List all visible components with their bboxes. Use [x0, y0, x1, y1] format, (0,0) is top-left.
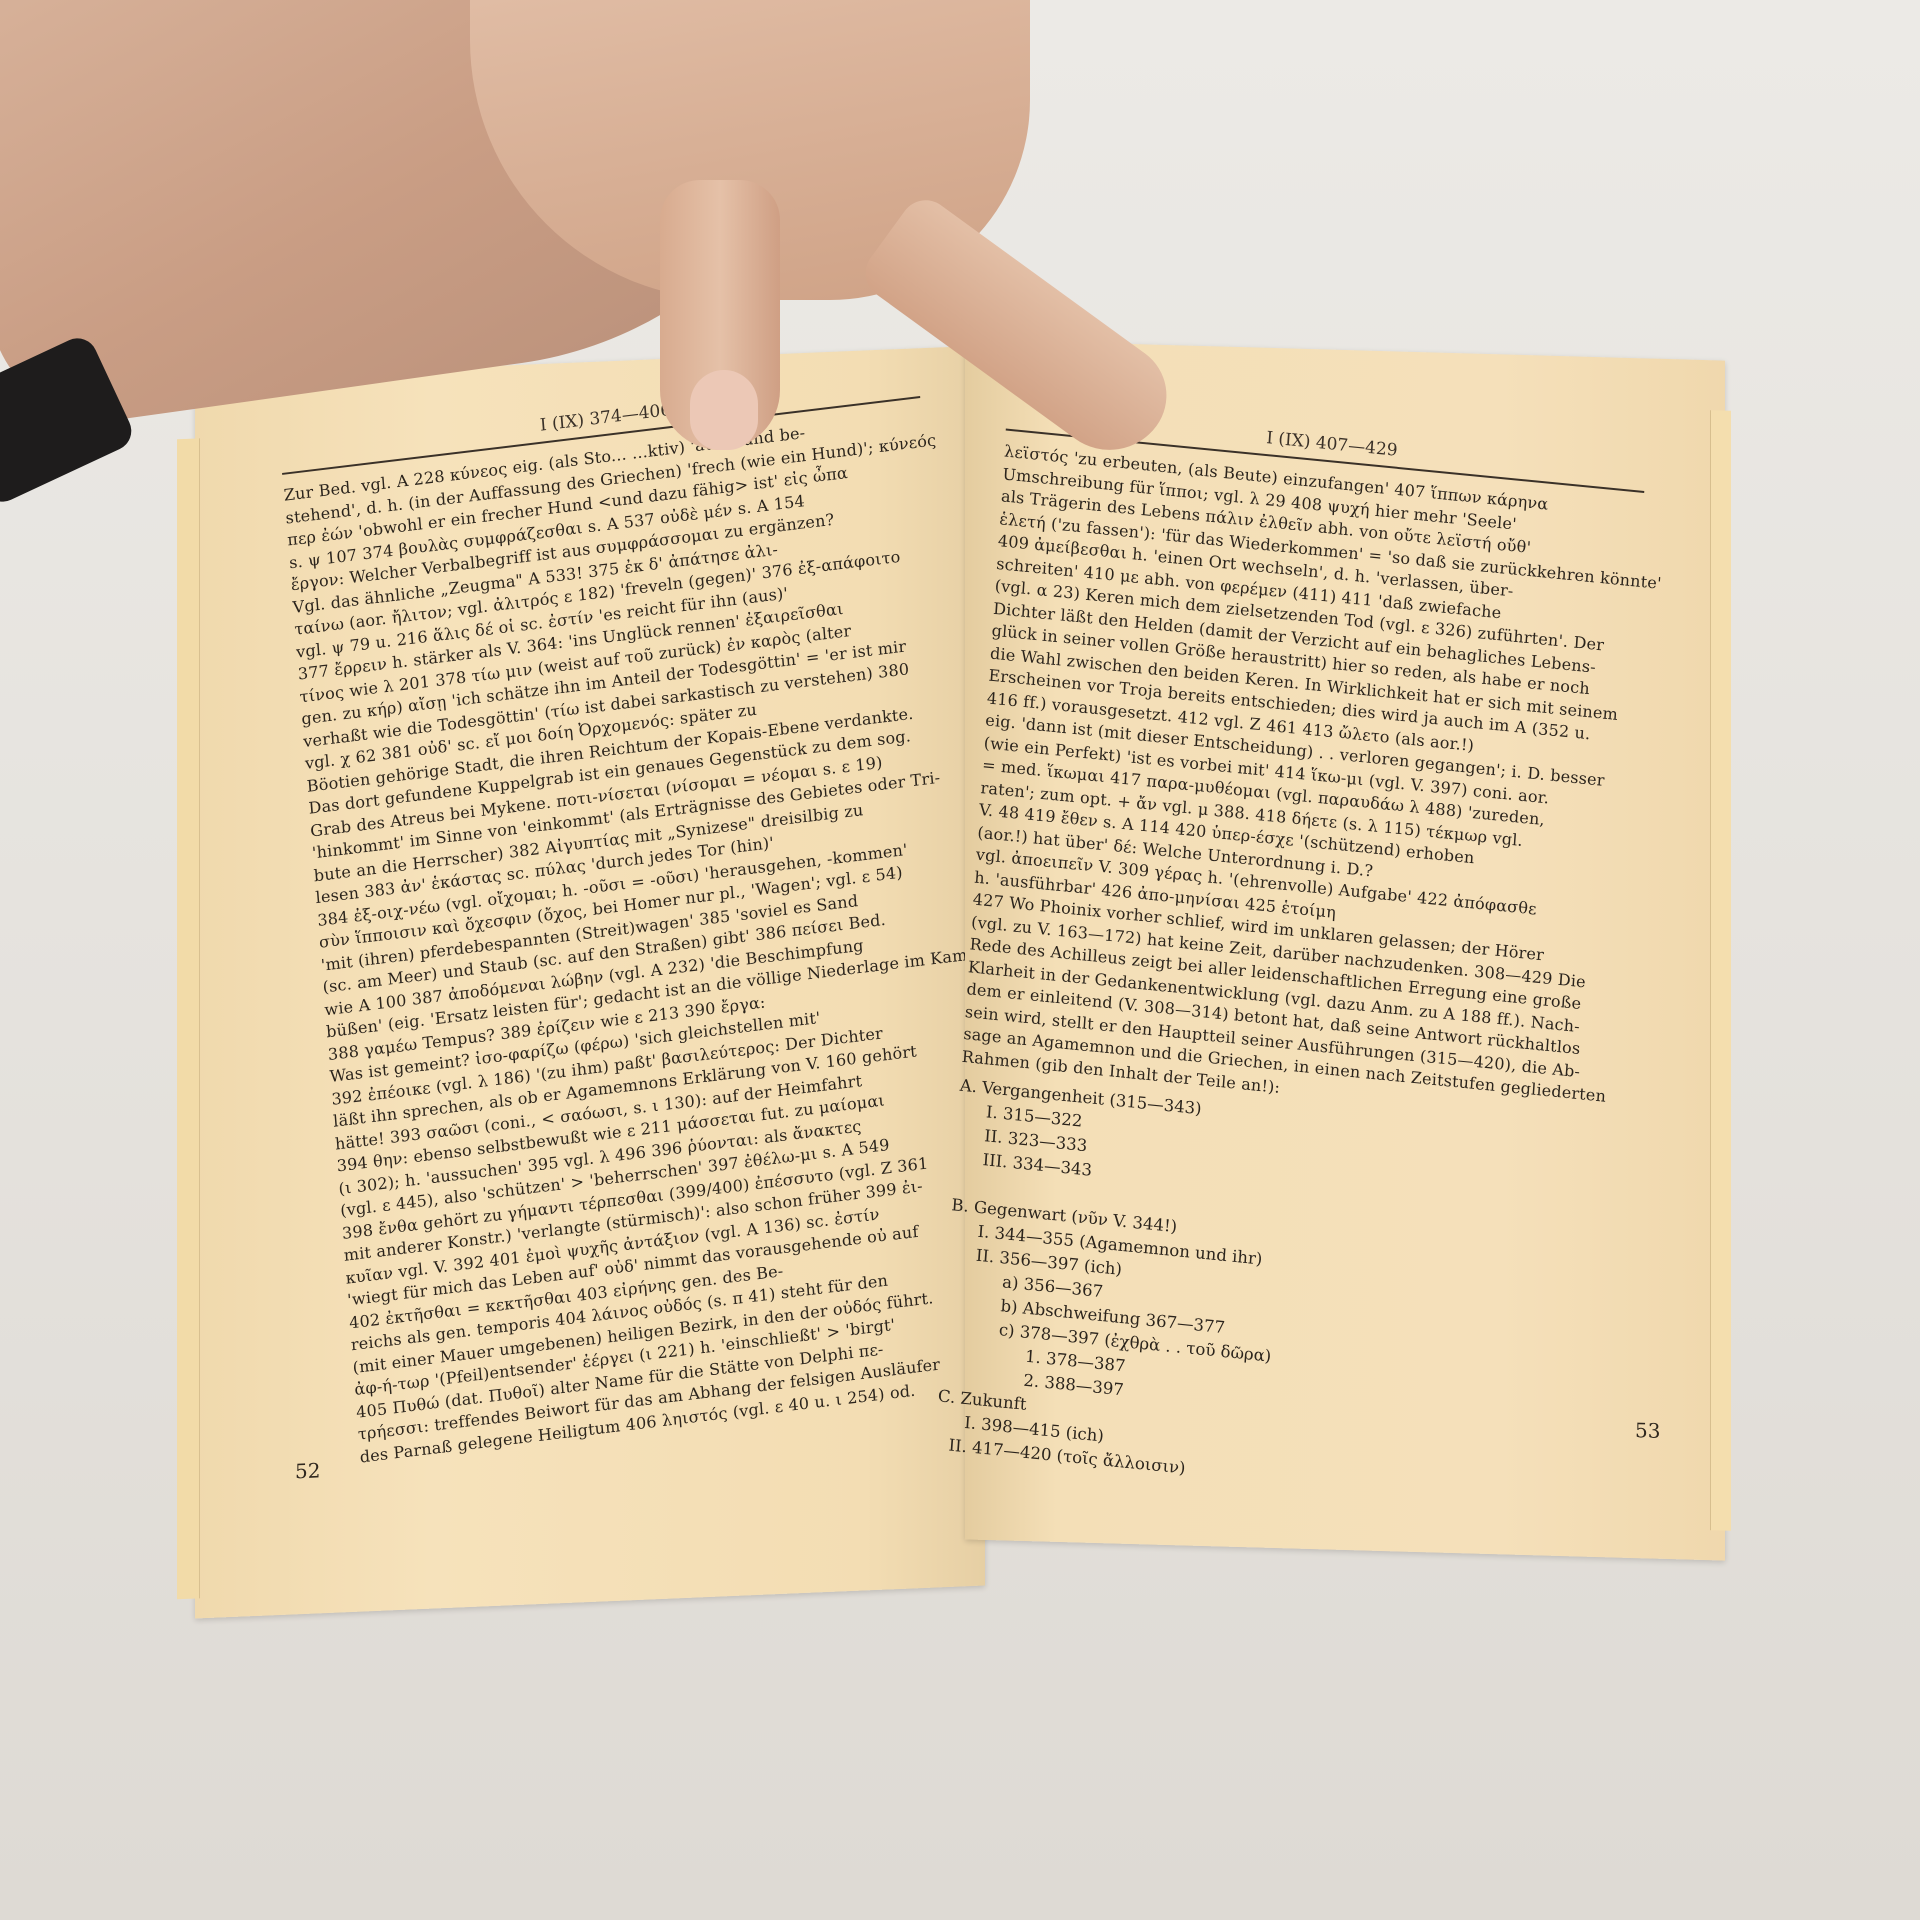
left-page-body: Zur Bed. vgl. A 228 κύνεος eig. (als Sto…: [283, 408, 999, 1469]
open-book: I (IX) 374—406 Zur Bed. vgl. A 228 κύνεο…: [195, 350, 1735, 1600]
left-page: I (IX) 374—406 Zur Bed. vgl. A 228 κύνεο…: [195, 345, 985, 1618]
right-page-content: I (IX) 407—429 λεϊστός 'zu erbeuten, (al…: [934, 441, 1644, 1519]
left-page-edges: [177, 438, 200, 1599]
right-page-number: 53: [1635, 1418, 1660, 1443]
right-page-body: λεϊστός 'zu erbeuten, (als Beute) einzuf…: [961, 441, 1643, 1131]
outline-list: A. Vergangenheit (315—343)I. 315—322II. …: [934, 1074, 1599, 1519]
left-page-content: I (IX) 374—406 Zur Bed. vgl. A 228 κύνεο…: [283, 408, 999, 1469]
right-page: I (IX) 407—429 λεϊστός 'zu erbeuten, (al…: [965, 339, 1725, 1560]
fingernail: [690, 370, 758, 450]
left-page-number: 52: [295, 1458, 320, 1483]
right-page-edges: [1710, 410, 1731, 1531]
left-running-head: I (IX) 374—406: [539, 400, 672, 436]
